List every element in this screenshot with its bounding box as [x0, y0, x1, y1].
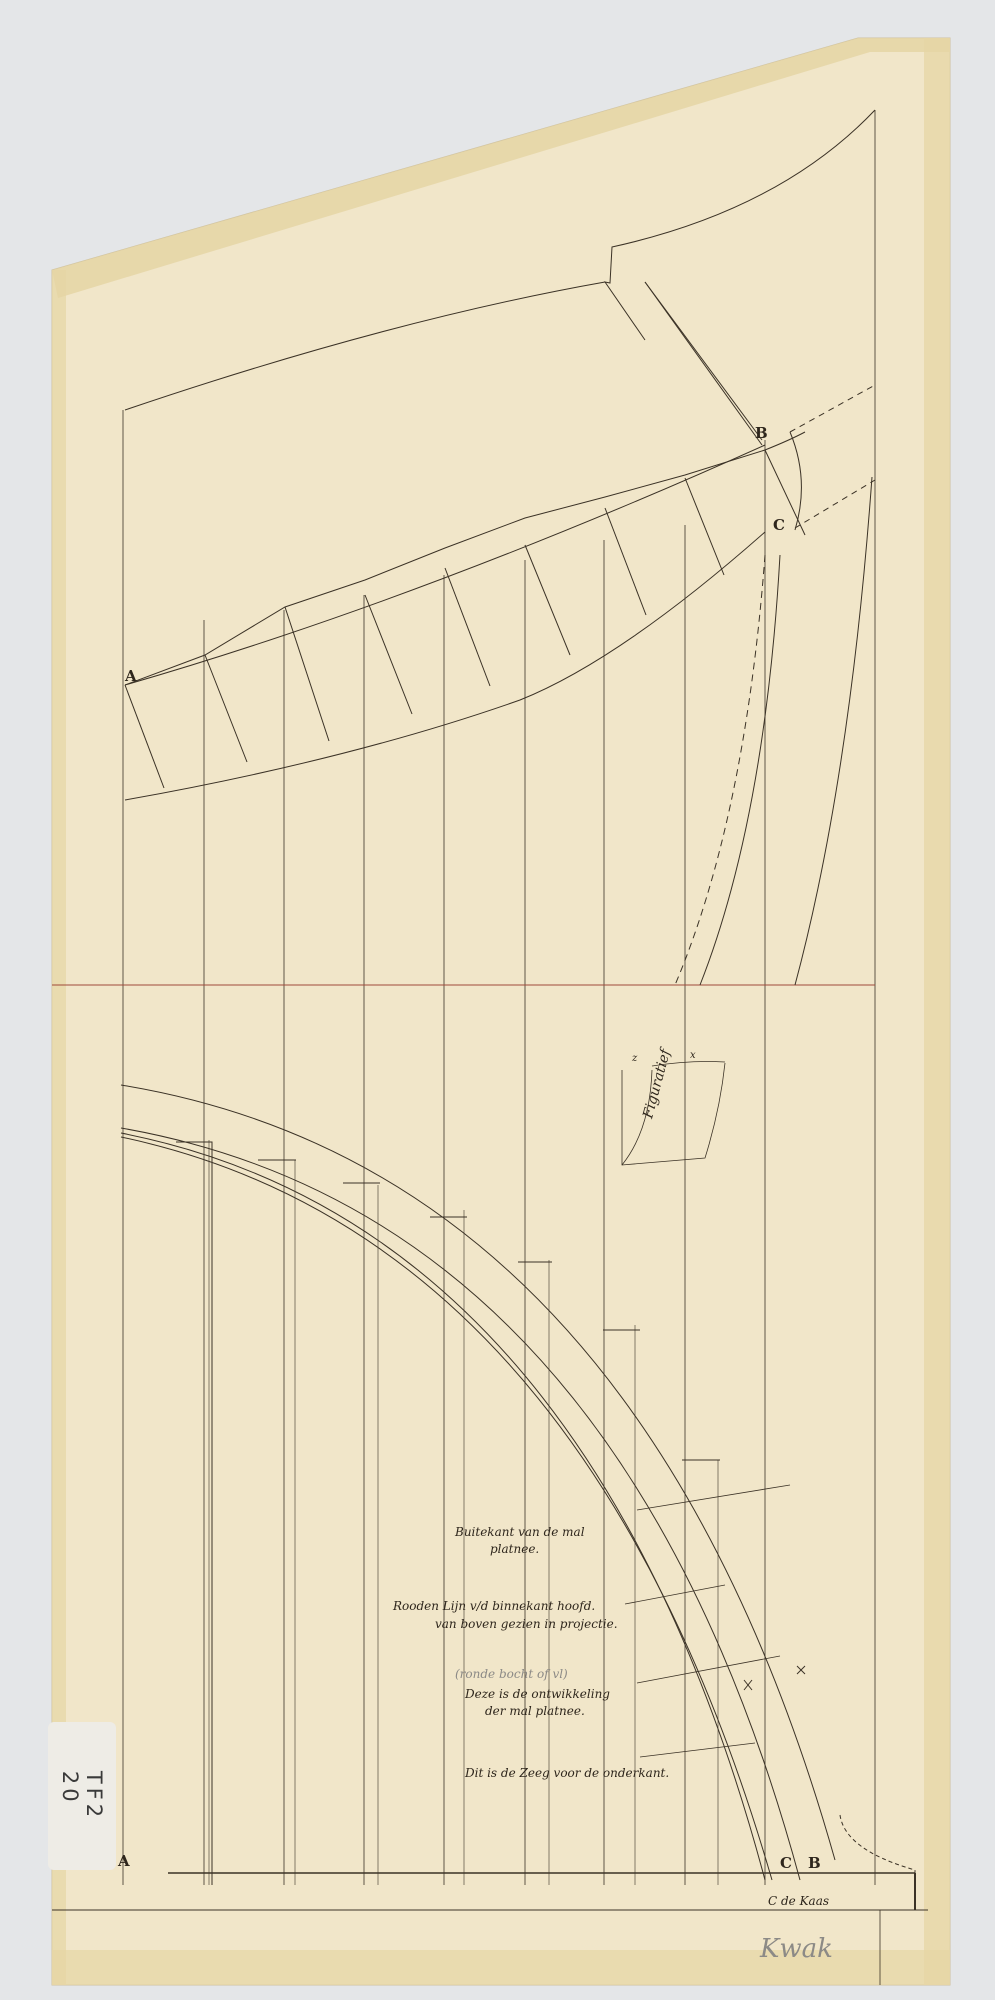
signature: Kwak	[760, 1935, 833, 1965]
note-red-line-l2: van boven gezien in projectie.	[435, 1618, 618, 1632]
tape-right-edge	[924, 38, 950, 1985]
z-mark: z	[632, 1053, 637, 1065]
note-red-line-l1: Rooden Lijn v/d binnekant hoofd.	[393, 1600, 595, 1614]
point-a-upper: A	[125, 668, 137, 685]
point-b-lower: B	[808, 1855, 821, 1872]
note-sheer: Dit is de Zeeg voor de onderkant.	[465, 1767, 669, 1781]
x-mark-top: x	[690, 1050, 696, 1062]
note-outer-edge-l2: platnee.	[490, 1543, 539, 1557]
note-outer-edge-l1: Buitekant van de mal	[455, 1526, 585, 1540]
note-development-l2: der mal platnee.	[485, 1705, 585, 1719]
catalog-number: TF2 20	[58, 1771, 106, 1821]
drawing-sheet: A B C A C B z x Figuratief Buitekant van…	[0, 0, 995, 2000]
point-a-lower: A	[118, 1853, 130, 1870]
point-b-upper: B	[755, 425, 768, 442]
baseline-label: C de Kaas	[768, 1895, 829, 1909]
point-c-lower: C	[780, 1855, 792, 1872]
note-development-l1: Deze is de ontwikkeling	[465, 1688, 610, 1702]
note-pencil: (ronde bocht of vl)	[455, 1668, 568, 1682]
catalog-tag: TF2 20	[48, 1722, 116, 1870]
point-c-upper: C	[773, 517, 785, 534]
